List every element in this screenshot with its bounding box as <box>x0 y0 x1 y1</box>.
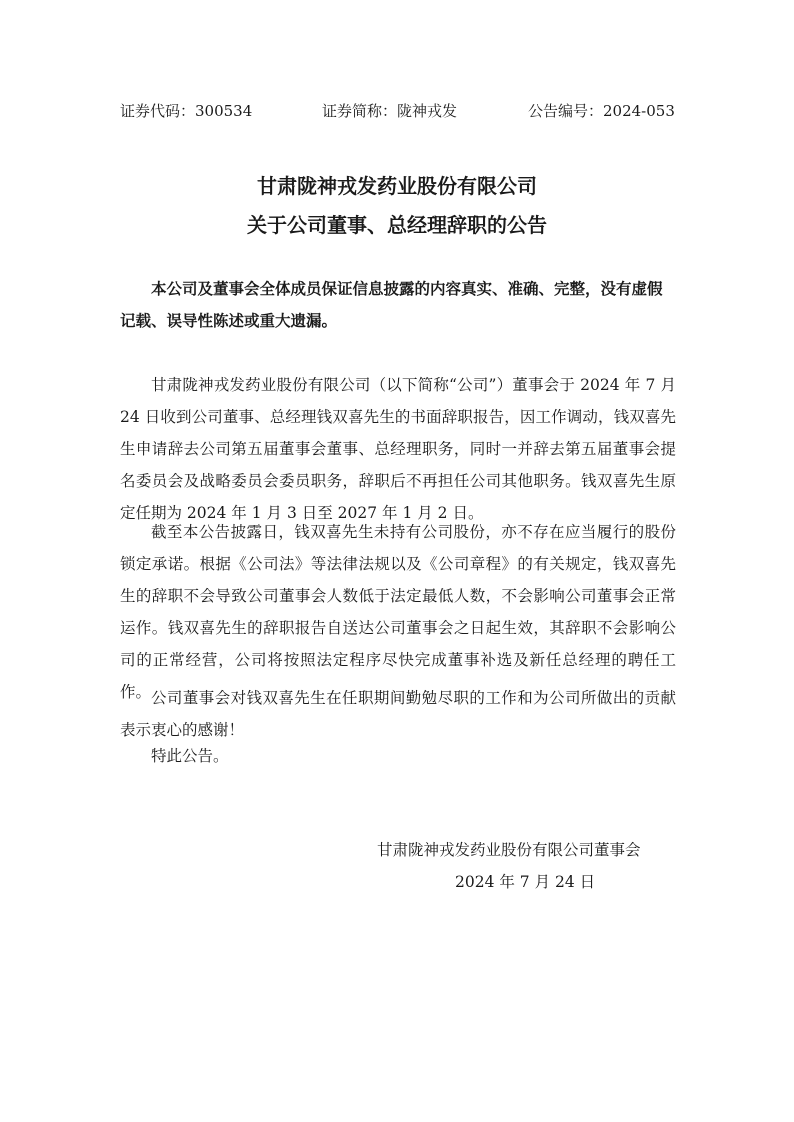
signature-issuer: 甘肃陇神戎发药业股份有限公司董事会 <box>377 838 641 860</box>
board-statement: 本公司及董事会全体成员保证信息披露的内容真实、准确、完整，没有虚假记载、误导性陈… <box>120 273 676 337</box>
body-paragraph-1: 甘肃陇神戎发药业股份有限公司（以下简称“公司”）董事会于 2024 年 7 月 … <box>120 369 676 529</box>
stock-code: 证券代码：300534 <box>120 100 252 121</box>
announcement-number: 公告编号：2024-053 <box>528 100 675 121</box>
announcement-title: 关于公司董事、总经理辞职的公告 <box>0 209 794 238</box>
company-title: 甘肃陇神戎发药业股份有限公司 <box>0 170 794 199</box>
closing-line: 特此公告。 <box>120 740 676 772</box>
body-paragraph-3: 公司董事会对钱双喜先生在任职期间勤勉尽职的工作和为公司所做出的贡献表示衷心的感谢… <box>120 682 676 746</box>
body-paragraph-2: 截至本公告披露日，钱双喜先生未持有公司股份，亦不存在应当履行的股份锁定承诺。根据… <box>120 516 676 708</box>
document-header: 证券代码：300534 证券简称：陇神戎发 公告编号：2024-053 <box>120 100 676 124</box>
stock-short-name: 证券简称：陇神戎发 <box>322 100 457 121</box>
signature-date: 2024 年 7 月 24 日 <box>455 870 595 892</box>
